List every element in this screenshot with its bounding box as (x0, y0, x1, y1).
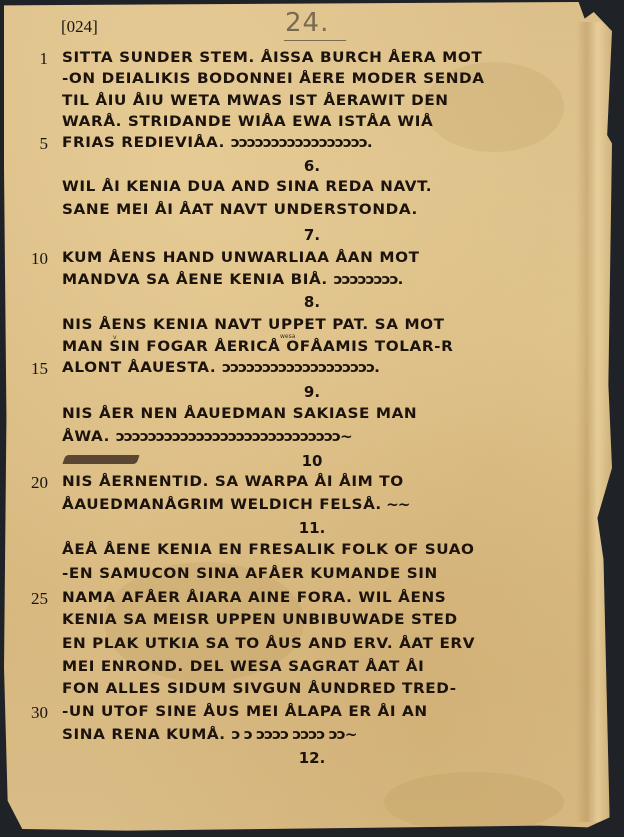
line-number: 30 (18, 703, 48, 723)
manuscript-line: NIS ÅENS KENIA NAVT UPPET PAT. SA MOT (62, 316, 572, 333)
line-number: 5 (18, 134, 48, 154)
manuscript-line: FRIAS REDIEVIÅA. ↄↄↄↄↄↄↄↄↄↄↄↄↄↄↄↄↄ. (62, 134, 572, 151)
folio-underline (284, 40, 346, 41)
chapter-number: 8. (0, 293, 624, 311)
manuscript-line: -ON DEIALIKIS BODONNEI ÅERE MODER SENDA (62, 70, 572, 87)
manuscript-line: SITTA SUNDER STEM. ÅISSA BURCH ÅERA MOT (62, 49, 572, 66)
line-filler: ~~ (382, 496, 410, 513)
manuscript-line: ÅEÅ ÅENE KENIA EN FRESALIK FOLK OF SUAO (62, 541, 572, 558)
line-number: 15 (18, 359, 48, 379)
manuscript-line: WIL ÅI KENIA DUA AND SINA REDA NAVT. (62, 178, 572, 195)
manuscript-line: WARÅ. STRIDANDE WIÅA EWA ISTÅA WIÅ (62, 113, 572, 130)
line-number: 1 (18, 49, 48, 69)
line-number: 10 (18, 249, 48, 269)
line-filler: ↄↄↄↄↄↄↄↄↄↄↄↄↄↄↄↄↄ. (231, 134, 372, 151)
manuscript-line: KENIA SA MEISR UPPEN UNBIBUWADE STED (62, 611, 572, 628)
folio-number: 24. (285, 8, 329, 38)
manuscript-line: -EN SAMUCON SINA AFÅER KUMANDE SIN (62, 565, 572, 582)
manuscript-line: SANE MEI ÅI ÅAT NAVT UNDERSTONDA. (62, 201, 572, 218)
manuscript-line: NAMA AFÅER ÅIARA AINE FORA. WIL ÅENS (62, 589, 572, 606)
manuscript-line: MEI ENROND. DEL WESA SAGRAT ÅAT ÅI (62, 658, 572, 675)
manuscript-line: MANDVA SA ÅENE KENIA BIÅ. ↄↄↄↄↄↄↄↄ. (62, 271, 572, 288)
manuscript-line: TIL ÅIU ÅIU WETA MWAS IST ÅERAWIT DEN (62, 92, 572, 109)
chapter-number: 12. (0, 749, 624, 767)
manuscript-line: NIS ÅER NEN ÅAUEDMAN SAKIASE MAN (62, 405, 572, 422)
manuscript-line: EN PLAK UTKIA SA TO ÅUS AND ERV. ÅAT ERV (62, 635, 572, 652)
manuscript-line: KUM ÅENS HAND UNWARLIAA ÅAN MOT (62, 249, 572, 266)
archive-label: [024] (61, 17, 98, 37)
chapter-number: 10 (0, 452, 624, 470)
line-number: 25 (18, 589, 48, 609)
paper-stain (384, 772, 564, 832)
manuscript-line: FON ALLES SIDUM SIVGUN ÅUNDRED TRED- (62, 680, 572, 697)
manuscript-line: SINA RENA KUMÅ. ↄ ↄ ↄↄↄↄ ↄↄↄↄ ↄↄ~ (62, 726, 572, 743)
line-filler: ↄↄↄↄↄↄↄↄↄↄↄↄↄↄↄↄↄↄↄↄↄↄↄↄↄↄↄↄ~ (116, 428, 352, 445)
page-fold-edge (576, 22, 612, 822)
manuscript-line: ÅAUEDMANÅGRIM WELDICH FELSÅ. ~~ (62, 496, 572, 513)
line-filler: ↄↄↄↄↄↄↄↄ. (334, 271, 403, 288)
chapter-number: 6. (0, 157, 624, 175)
line-filler: ↄↄↄↄↄↄↄↄↄↄↄↄↄↄↄↄↄↄↄ. (222, 359, 379, 376)
chapter-number: 11. (0, 519, 624, 537)
manuscript-line: ALONT ÅAUESTA. ↄↄↄↄↄↄↄↄↄↄↄↄↄↄↄↄↄↄↄ. (62, 359, 572, 376)
chapter-number: 7. (0, 226, 624, 244)
manuscript-line: ÅWA. ↄↄↄↄↄↄↄↄↄↄↄↄↄↄↄↄↄↄↄↄↄↄↄↄↄↄↄↄ~ (62, 428, 572, 445)
manuscript-line: MAN SIN FOGAR ÅERICÅ OFÅAMIS TOLAR-R (62, 338, 572, 355)
manuscript-line: NIS ÅERNENTID. SA WARPA ÅI ÅIM TO (62, 473, 572, 490)
manuscript-line: -UN UTOF SINE ÅUS MEI ÅLAPA ER ÅI AN (62, 703, 572, 720)
line-filler: ↄ ↄ ↄↄↄↄ ↄↄↄↄ ↄↄ~ (232, 726, 357, 743)
line-number: 20 (18, 473, 48, 493)
chapter-number: 9. (0, 383, 624, 401)
